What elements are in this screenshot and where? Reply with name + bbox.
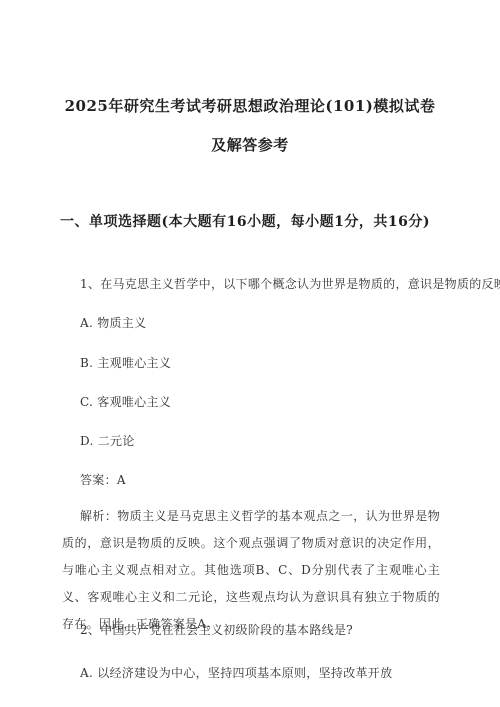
document-page: 2025年研究生考试考研思想政治理论(101)模拟试卷 及解答参考 一、单项选择… xyxy=(0,0,500,707)
question-1-option-d: D. 二元论 xyxy=(62,433,440,449)
question-1-option-c: C. 客观唯心主义 xyxy=(62,394,440,410)
document-title-line2: 及解答参考 xyxy=(0,135,500,155)
question-2-option-a: A. 以经济建设为中心，坚持四项基本原则，坚持改革开放 xyxy=(62,665,440,681)
question-1-stem: 在马克思主义哲学中，以下哪个概念认为世界是物质的，意识是物质的反映? xyxy=(100,277,500,291)
question-1-text: 1、在马克思主义哲学中，以下哪个概念认为世界是物质的，意识是物质的反映? xyxy=(62,276,440,292)
question-2-text: 2、中国共产党在社会主义初级阶段的基本路线是? xyxy=(62,622,440,638)
question-2-number: 2、 xyxy=(80,623,100,637)
question-1-option-b: B. 主观唯心主义 xyxy=(62,355,440,371)
question-1-option-a: A. 物质主义 xyxy=(62,315,440,331)
question-2-stem: 中国共产党在社会主义初级阶段的基本路线是? xyxy=(100,623,353,637)
question-1-number: 1、 xyxy=(80,277,100,291)
question-1-answer: 答案：A xyxy=(62,472,440,488)
document-title-line1: 2025年研究生考试考研思想政治理论(101)模拟试卷 xyxy=(0,96,500,116)
section-heading: 一、单项选择题(本大题有16小题，每小题1分，共16分) xyxy=(60,212,460,232)
question-1-analysis: 解析：物质主义是马克思主义哲学的基本观点之一，认为世界是物质的，意识是物质的反映… xyxy=(62,503,440,638)
